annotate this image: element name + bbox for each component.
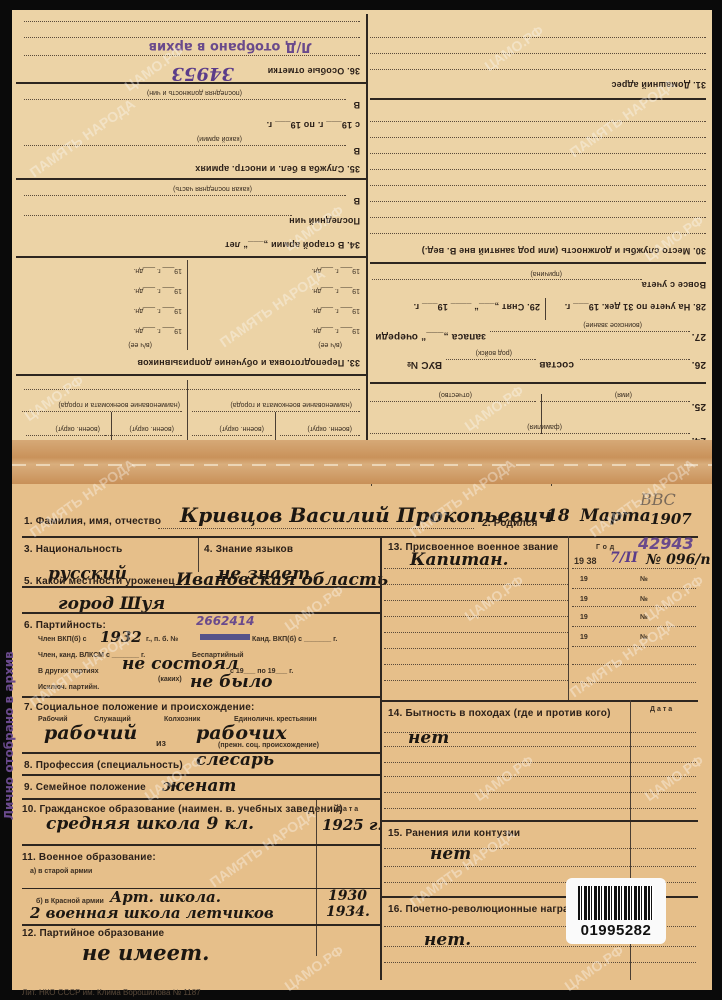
in-label: В <box>353 196 360 206</box>
dotted-line <box>370 433 690 434</box>
commissariat-caption: (наименование военкомата и города) <box>58 401 180 408</box>
rank-order-number: № <box>640 576 648 583</box>
in-label: В <box>353 146 360 156</box>
which-caption: (каких) <box>158 676 182 683</box>
patronymic-caption: (отчество) <box>439 391 472 398</box>
dotted-line <box>24 21 360 22</box>
birthplace-value-2: город Шуя <box>58 594 165 614</box>
field-35-label: 35. Служба в бел. и иностр. армиях <box>195 164 360 174</box>
dotted-line <box>370 53 706 54</box>
expelled-value: не было <box>190 672 273 692</box>
dotted-line <box>370 201 706 202</box>
birth-year-value: 1907 <box>650 510 692 528</box>
divider <box>187 260 188 350</box>
dotted-line <box>384 648 568 649</box>
dotted-line <box>370 233 706 234</box>
birthplace-value-1: Ивановская область <box>176 570 388 590</box>
expelled-label: Исключ. партийн. <box>38 684 99 691</box>
field-3-label: 3. Национальность <box>24 544 122 555</box>
dotted-line <box>572 588 696 589</box>
field-29-label: 29. Снят „___“ ____ 19___ г. <box>413 302 540 312</box>
divider <box>22 536 380 538</box>
retraining-row: 19___ г. ___дн. <box>133 327 182 334</box>
dotted-line <box>384 584 568 585</box>
rank-order-number: № <box>640 596 648 603</box>
field-12-label: 12. Партийное образование <box>22 928 164 939</box>
birth-month-value: Марта <box>580 506 651 526</box>
field-14-label: 14. Бытность в походах (где и против ког… <box>388 708 611 719</box>
civil-education-value: средняя школа 9 кл. <box>46 814 254 834</box>
party-education-value: не имеет. <box>82 940 209 965</box>
dotted-line <box>384 616 568 617</box>
service-period-label: с 19___ г. по 19___ г. <box>266 120 360 130</box>
side-archive-stamp: Лично отобрано в архив <box>2 651 16 820</box>
field-7-label: 7. Социальное положение и происхождение: <box>24 702 255 713</box>
retraining-row: 19___ г. ___дн. <box>133 267 182 274</box>
last-rank-label: Последний чин <box>289 216 360 226</box>
field-34-label: 34. В старой армии „___“ лет <box>225 240 360 250</box>
rank-year: 19 38 <box>574 556 597 566</box>
card-number-label: г., п. б. № <box>146 636 178 643</box>
tape-fold <box>12 440 712 484</box>
district-caption: (военн. округ) <box>307 425 352 432</box>
member-since-label: Член ВКП(б) с <box>38 636 87 643</box>
rank-caption: (воинское звание) <box>583 321 642 328</box>
dotted-line <box>280 435 360 436</box>
branch-caption: (род войск) <box>476 349 512 356</box>
dotted-line <box>370 37 706 38</box>
dotted-line <box>384 632 568 633</box>
column-divider <box>380 536 382 980</box>
party-card-number: 2662414 <box>196 614 254 628</box>
army-caption: (какой армии) <box>197 135 242 142</box>
where-caption: (в/ч ее) <box>318 341 342 348</box>
dotted-line <box>24 55 360 56</box>
field-16-label: 16. Почетно-революционные награды <box>388 904 584 915</box>
date-header: Дата <box>336 806 360 813</box>
divider <box>22 844 380 846</box>
field-27-label: 27. <box>691 331 706 342</box>
social-status-value: рабочий <box>44 722 137 744</box>
in-label: В <box>353 100 360 110</box>
field-25-label: 25. <box>691 401 706 412</box>
civil-education-date: 1925 г. <box>322 816 383 834</box>
dotted-line <box>572 646 696 647</box>
date-column-divider <box>316 800 317 956</box>
barcode-label: 01995282 <box>566 878 666 944</box>
dotted-line <box>384 962 696 963</box>
from-label: из <box>156 738 166 748</box>
divider <box>370 98 706 100</box>
post-caption: (последняя должность и чин) <box>147 89 242 96</box>
field-15-label: 15. Ранения или контузии <box>388 828 520 839</box>
dotted-line <box>370 137 706 138</box>
dotted-line <box>370 217 706 218</box>
military-education-date-1: 1930 <box>328 888 367 904</box>
retraining-row: 19___ г. ___дн. <box>133 287 182 294</box>
dotted-line <box>572 606 696 607</box>
divider <box>370 262 706 264</box>
date-header: Дата <box>650 706 674 713</box>
rank-date: 7/II <box>610 550 638 566</box>
divider <box>16 374 366 376</box>
composition-label: состав <box>539 359 574 370</box>
year-column-divider <box>568 536 569 700</box>
divider <box>545 298 546 320</box>
dotted-line <box>580 359 690 360</box>
divider <box>541 394 542 434</box>
reserve-label: запаса „___“ очереди <box>375 331 486 342</box>
awards-value: нет. <box>424 930 471 950</box>
dotted-line <box>384 746 696 747</box>
district-caption: (военн. округ) <box>55 425 100 432</box>
retraining-row: 19___ г. ___дн. <box>311 327 360 334</box>
field-2-label: 2. Родился <box>482 518 538 529</box>
rank-year: 19 <box>580 634 588 641</box>
divider <box>111 412 112 442</box>
divider <box>22 798 380 800</box>
field-26-label: 26. <box>691 359 706 370</box>
military-rank-value: Капитан. <box>410 550 509 570</box>
dotted-line <box>384 808 696 809</box>
district-caption: (военн. округ) <box>219 425 264 432</box>
field-5-label: 5. Какой местности уроженец <box>24 576 175 587</box>
record-number-stamp: 42943 <box>638 534 694 553</box>
rank-year: 19 <box>580 576 588 583</box>
printer-footer: Лит. НКО СССР им. Клима Ворошилова № 118… <box>22 988 201 997</box>
dotted-line <box>572 626 696 627</box>
field-6-label: 6. Партийность: <box>24 620 106 631</box>
origin-caption: (прежн. соц. происхождение) <box>218 742 319 749</box>
dotted-line <box>24 195 346 196</box>
reason-caption: (причина) <box>530 270 562 277</box>
divider <box>382 820 698 822</box>
rank-year: 19 <box>580 596 588 603</box>
barcode-number: 01995282 <box>566 922 666 939</box>
dotted-line <box>572 682 696 683</box>
field-33-label: 33. Переподготовка и обучение допризывни… <box>137 358 360 368</box>
divider <box>382 700 698 702</box>
dotted-line <box>384 732 696 733</box>
dotted-line <box>370 121 706 122</box>
field-11-label: 11. Военное образование: <box>22 852 156 863</box>
dotted-line <box>22 411 182 412</box>
tape-shine <box>12 464 712 466</box>
dotted-line <box>370 153 706 154</box>
divider <box>198 538 199 572</box>
dotted-line <box>24 99 346 100</box>
marital-status-value: женат <box>162 776 236 796</box>
dotted-line <box>372 279 642 280</box>
dotted-line <box>158 528 474 529</box>
rank-order-number: № <box>640 634 648 641</box>
field-36-label: 36. Особые отметки <box>267 66 360 76</box>
divider <box>22 924 380 926</box>
dotted-line <box>446 359 536 360</box>
dotted-line <box>24 37 360 38</box>
military-education-date-2: 1934. <box>326 904 370 920</box>
divider <box>16 178 366 180</box>
wounds-value: нет <box>430 844 471 864</box>
dotted-line <box>26 435 106 436</box>
candidate-label: Канд. ВКП(б) с _______ г. <box>252 636 337 643</box>
vus-label: ВУС № <box>407 359 442 370</box>
profession-value: слесарь <box>196 750 274 770</box>
dotted-line <box>384 664 568 665</box>
dotted-line <box>370 185 706 186</box>
social-origin-value: рабочих <box>196 722 287 744</box>
where-caption: (в/ч ее) <box>128 341 152 348</box>
last-unit-caption: (какая последняя часть) <box>173 185 252 192</box>
retraining-row: 19___ г. ___дн. <box>311 287 360 294</box>
inverted-section: 21. 22 23. Прил. № 24. (фамилия) 25. (им… <box>12 10 712 490</box>
dotted-line <box>384 866 696 867</box>
field-28-label: 28. На учете по 31 дек. 19___ г. <box>565 302 707 312</box>
dotted-line <box>370 169 706 170</box>
district-caption: (военн. округ) <box>129 425 174 432</box>
struck-card-number <box>200 634 250 640</box>
rank-order-number: № 096/п <box>646 552 711 568</box>
field-8-label: 8. Профессия (специальность) <box>24 760 183 771</box>
removed-label: Вовсе с учета <box>642 280 706 290</box>
campaigns-value: нет <box>408 728 449 748</box>
field-9-label: 9. Семейное положение <box>24 782 146 793</box>
field-31-label: 31. Домашний адрес <box>611 80 706 90</box>
field-30-label: 30. Место службы и должность (или род за… <box>421 246 706 256</box>
dotted-line <box>370 69 706 70</box>
member-since-year: 1932 <box>100 628 142 646</box>
surname-caption: (фамилия) <box>527 423 562 430</box>
other-parties-value: не состоял <box>122 654 238 674</box>
option-kolkhoznik: Колхозник <box>164 716 200 723</box>
dotted-line <box>384 568 568 569</box>
commissariat-caption: (наименование военкомата и города) <box>230 401 352 408</box>
field-4-label: 4. Знание языков <box>204 544 293 555</box>
rank-year: 19 <box>580 614 588 621</box>
birth-day-value: 18 <box>546 506 570 526</box>
dotted-line <box>384 600 568 601</box>
dotted-line <box>102 435 182 436</box>
retraining-row: 19___ г. ___дн. <box>311 307 360 314</box>
archive-number-stamp: 34953 <box>171 63 234 84</box>
rank-order-number: № <box>640 614 648 621</box>
dotted-line <box>384 946 696 947</box>
dotted-line <box>572 568 696 569</box>
field-1-label: 1. Фамилия, имя, отчество <box>24 516 161 527</box>
other-parties-label: В других партиях <box>38 668 99 675</box>
dotted-line <box>384 792 696 793</box>
divider <box>16 256 366 258</box>
dotted-line <box>572 664 696 665</box>
column-divider <box>366 14 368 464</box>
dotted-line <box>192 411 360 412</box>
dotted-line <box>540 401 690 402</box>
old-army-label: а) в старой армии <box>30 868 92 875</box>
retraining-row: 19___ г. ___дн. <box>133 307 182 314</box>
dotted-line <box>24 215 292 216</box>
dotted-line <box>24 389 360 390</box>
dotted-line <box>384 680 568 681</box>
dotted-line <box>24 145 346 146</box>
barcode-icon <box>578 886 654 920</box>
archive-stamp: Л/Д отобрано в архив <box>149 39 312 54</box>
military-education-value-2: 2 военная школа летчиков <box>30 904 274 922</box>
divider <box>370 382 706 384</box>
dotted-line <box>370 401 536 402</box>
dotted-line <box>384 762 696 763</box>
divider <box>22 696 380 698</box>
retraining-row: 19___ г. ___дн. <box>311 267 360 274</box>
dotted-line <box>192 435 272 436</box>
divider <box>275 412 276 442</box>
dotted-line <box>490 331 690 332</box>
name-caption: (имя) <box>615 391 632 398</box>
dotted-line <box>384 776 696 777</box>
dotted-line <box>384 848 696 849</box>
